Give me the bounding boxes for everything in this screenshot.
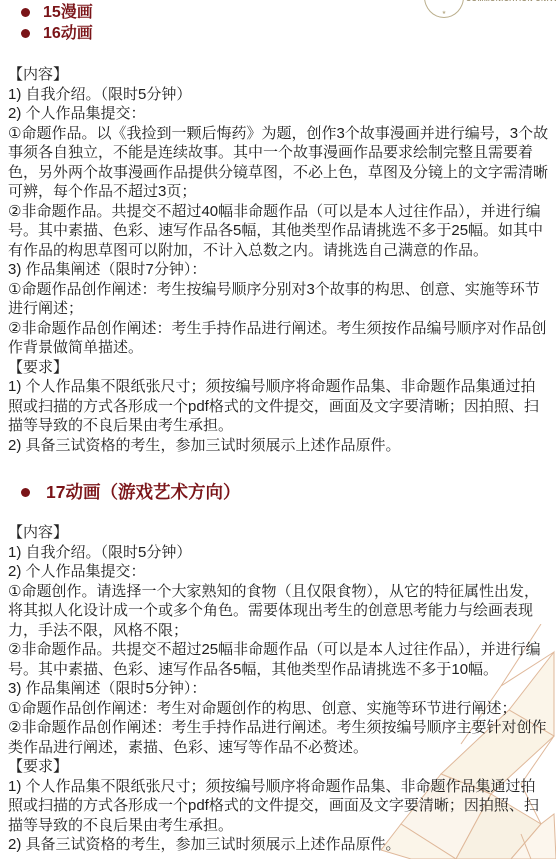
content-line: ①命题作品创作阐述：考生按编号顺序分别对3个故事的构思、创意、实施等环节进行阐述… <box>8 280 549 319</box>
content-line: 3) 作品集阐述（限时5分钟）： <box>8 679 549 699</box>
section-15-16: 【内容】 1) 自我介绍。（限时5分钟） 2) 个人作品集提交： ①命题作品。以… <box>8 65 549 455</box>
requirements-label: 【要求】 <box>8 358 549 378</box>
content-line: 3) 作品集阐述（限时7分钟）： <box>8 260 549 280</box>
content-line: 2) 个人作品集提交： <box>8 562 549 582</box>
content-label: 【内容】 <box>8 523 549 543</box>
requirement-line: 1) 个人作品集不限纸张尺寸；须按编号顺序将命题作品集、非命题作品集通过拍照或扫… <box>8 377 549 436</box>
content-line: 1) 自我介绍。（限时5分钟） <box>8 85 549 105</box>
major-item-17: 17动画（游戏艺术方向） <box>8 481 549 504</box>
major-label: 15漫画 <box>43 3 93 23</box>
content-line: 1) 自我介绍。（限时5分钟） <box>8 543 549 563</box>
document-page: ★ COMMUNICATION UNIVERSITY OF 15漫画 16动画 … <box>0 0 556 859</box>
document-body: 15漫画 16动画 【内容】 1) 自我介绍。（限时5分钟） 2) 个人作品集提… <box>8 0 549 855</box>
content-label: 【内容】 <box>8 65 549 85</box>
content-line: ②非命题作品。共提交不超过40幅非命题作品（可以是本人过往作品），并进行编号。其… <box>8 202 549 261</box>
requirement-line: 2) 具备三试资格的考生，参加三试时须展示上述作品原件。 <box>8 436 549 456</box>
content-line: ①命题作品创作阐述：考生对命题创作的构思、创意、实施等环节进行阐述； <box>8 699 549 719</box>
major-list: 15漫画 16动画 <box>8 2 549 44</box>
content-line: ②非命题作品。共提交不超过25幅非命题作品（可以是本人过往作品），并进行编号。其… <box>8 640 549 679</box>
content-line: ②非命题作品创作阐述：考生手持作品进行阐述。考生须按编号顺序主要针对创作类作品进… <box>8 718 549 757</box>
section-17: 【内容】 1) 自我介绍。（限时5分钟） 2) 个人作品集提交： ①命题创作。请… <box>8 523 549 855</box>
bullet-icon <box>21 8 30 17</box>
requirements-label: 【要求】 <box>8 757 549 777</box>
content-line: 2) 个人作品集提交： <box>8 104 549 124</box>
major-label: 16动画 <box>43 24 93 44</box>
major-label: 17动画（游戏艺术方向） <box>46 483 240 503</box>
content-line: ①命题创作。请选择一个大家熟知的食物（且仅限食物），从它的特征属性出发，将其拟人… <box>8 582 549 641</box>
major-item-16: 16动画 <box>8 23 549 44</box>
content-line: ①命题作品。以《我捡到一颗后悔药》为题，创作3个故事漫画并进行编号，3个故事须各… <box>8 124 549 202</box>
major-item-15: 15漫画 <box>8 2 549 23</box>
requirement-line: 1) 个人作品集不限纸张尺寸；须按编号顺序将命题作品集、非命题作品集通过拍照或扫… <box>8 777 549 836</box>
requirement-line: 2) 具备三试资格的考生，参加三试时须展示上述作品原件。 <box>8 835 549 855</box>
content-line: ②非命题作品创作阐述：考生手持作品进行阐述。考生须按作品编号顺序对作品创作背景做… <box>8 319 549 358</box>
bullet-icon <box>21 29 30 38</box>
bullet-icon <box>21 488 30 497</box>
